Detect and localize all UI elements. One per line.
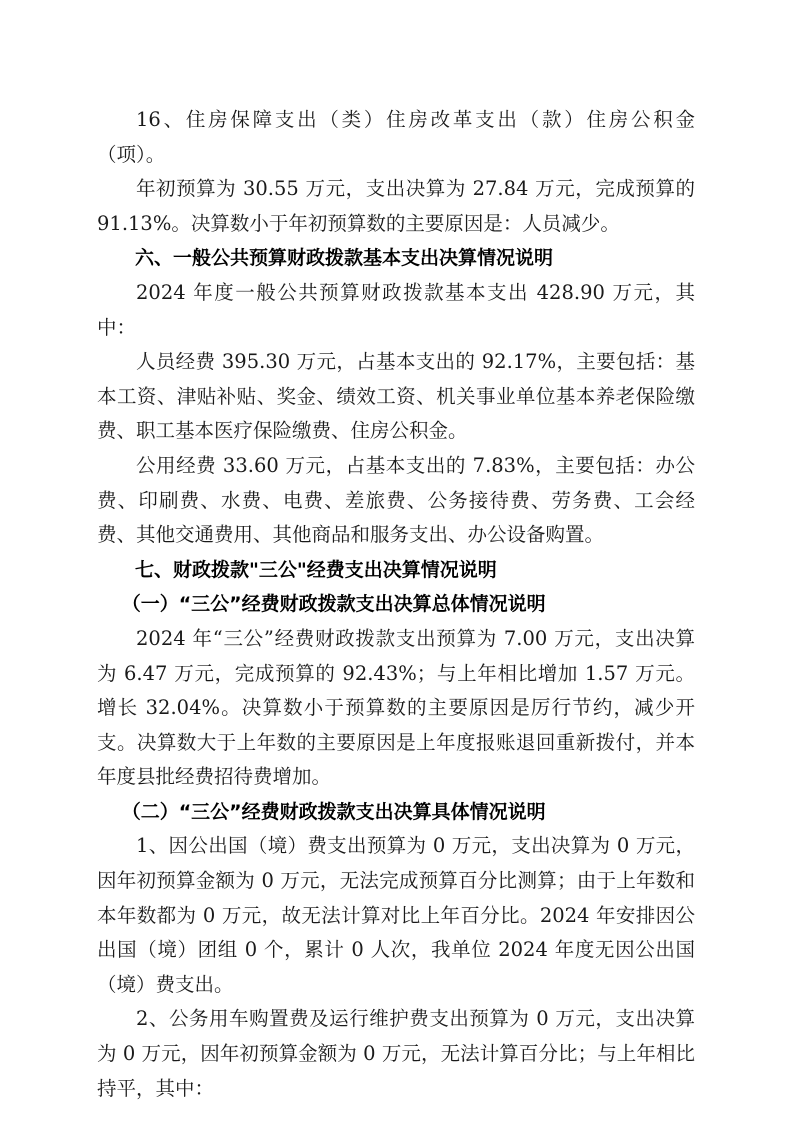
subheading-overall: （一）“三公”经费财政拨款支出决算总体情况说明: [97, 587, 695, 622]
paragraph-personnel-expenses: 人员经费 395.30 万元，占基本支出的 92.17%，主要包括：基本工资、津…: [97, 345, 695, 449]
document-page: 16、住房保障支出（类）住房改革支出（款）住房公积金（项）。 年初预算为 30.…: [97, 103, 695, 1106]
heading-section-7: 七、财政拨款"三公"经费支出决算情况说明: [97, 553, 695, 588]
paragraph-housing-budget: 年初预算为 30.55 万元，支出决算为 27.84 万元，完成预算的 91.1…: [97, 172, 695, 241]
paragraph-three-public-overall: 2024 年“三公”经费财政拨款支出预算为 7.00 万元，支出决算为 6.47…: [97, 622, 695, 795]
heading-section-6: 六、一般公共预算财政拨款基本支出决算情况说明: [97, 241, 695, 276]
paragraph-housing-item: 16、住房保障支出（类）住房改革支出（款）住房公积金（项）。: [97, 103, 695, 172]
paragraph-overseas-travel: 1、因公出国（境）费支出预算为 0 万元，支出决算为 0 万元，因年初预算金额为…: [97, 829, 695, 1002]
paragraph-basic-expenditure-total: 2024 年度一般公共预算财政拨款基本支出 428.90 万元，其中：: [97, 276, 695, 345]
paragraph-official-vehicles: 2、公务用车购置费及运行维护费支出预算为 0 万元，支出决算为 0 万元，因年初…: [97, 1002, 695, 1106]
paragraph-public-expenses: 公用经费 33.60 万元，占基本支出的 7.83%，主要包括：办公费、印刷费、…: [97, 449, 695, 553]
subheading-specific: （二）“三公”经费财政拨款支出决算具体情况说明: [97, 795, 695, 830]
